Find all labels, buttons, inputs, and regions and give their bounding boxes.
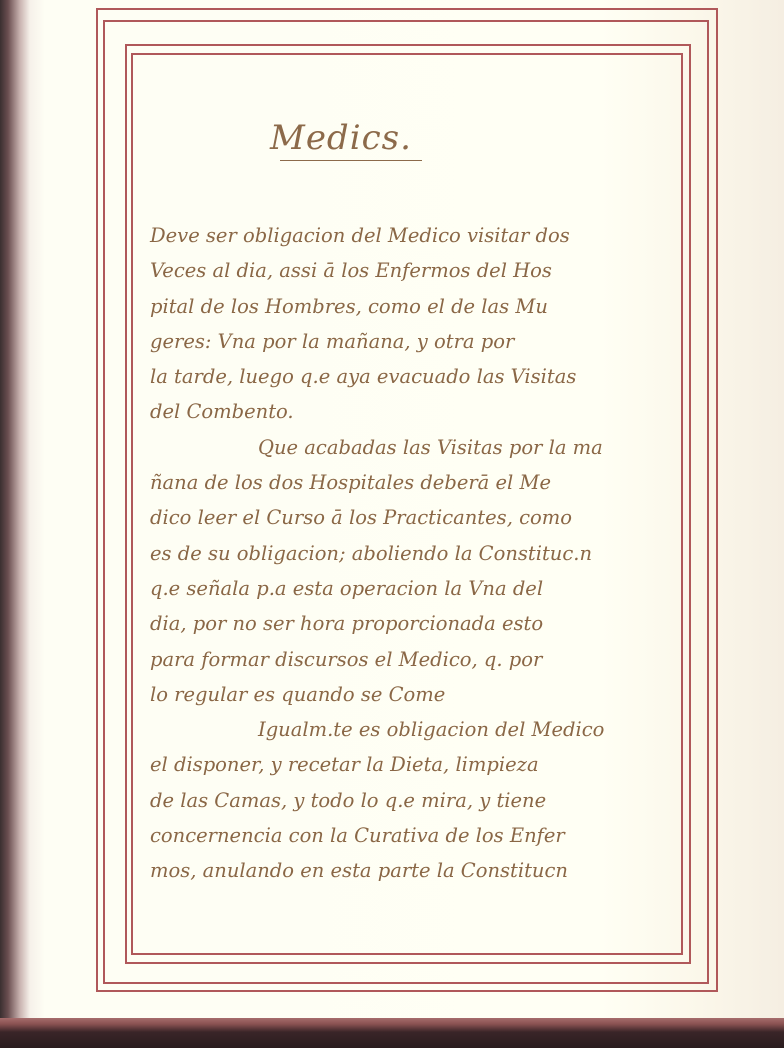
text-line: q.e señala p.a esta operacion la Vna del: [150, 571, 690, 606]
text-line: el disponer, y recetar la Dieta, limpiez…: [150, 747, 690, 782]
text-line: para formar discursos el Medico, q. por: [150, 642, 690, 677]
book-bottom-edge: [0, 1018, 784, 1048]
text-line: pital de los Hombres, como el de las Mu: [150, 289, 690, 324]
text-line: dico leer el Curso ā los Practicantes, c…: [150, 500, 690, 535]
text-line: Deve ser obligacion del Medico visitar d…: [150, 218, 690, 253]
text-line: ñana de los dos Hospitales deberā el Me: [150, 465, 690, 500]
text-line: dia, por no ser hora proporcionada esto: [150, 606, 690, 641]
title-underline: [280, 160, 422, 161]
text-line: la tarde, luego q.e aya evacuado las Vis…: [150, 359, 690, 394]
text-line: concernencia con la Curativa de los Enfe…: [150, 818, 690, 853]
text-line: geres: Vna por la mañana, y otra por: [150, 324, 690, 359]
manuscript-page: Medics. Deve ser obligacion del Medico v…: [0, 0, 784, 1022]
text-line: mos, anulando en esta parte la Constituc…: [150, 853, 690, 888]
text-line: de las Camas, y todo lo q.e mira, y tien…: [150, 783, 690, 818]
text-line: Veces al dia, assi ā los Enfermos del Ho…: [150, 253, 690, 288]
text-line: del Combento.: [150, 394, 690, 429]
text-line-paragraph-start: Igualm.te es obligacion del Medico: [150, 712, 690, 747]
text-line: es de su obligacion; aboliendo la Consti…: [150, 536, 690, 571]
text-line-paragraph-start: Que acabadas las Visitas por la ma: [150, 430, 690, 465]
manuscript-text: Deve ser obligacion del Medico visitar d…: [150, 218, 690, 889]
page-title: Medics.: [270, 118, 412, 158]
text-line: lo regular es quando se Come: [150, 677, 690, 712]
